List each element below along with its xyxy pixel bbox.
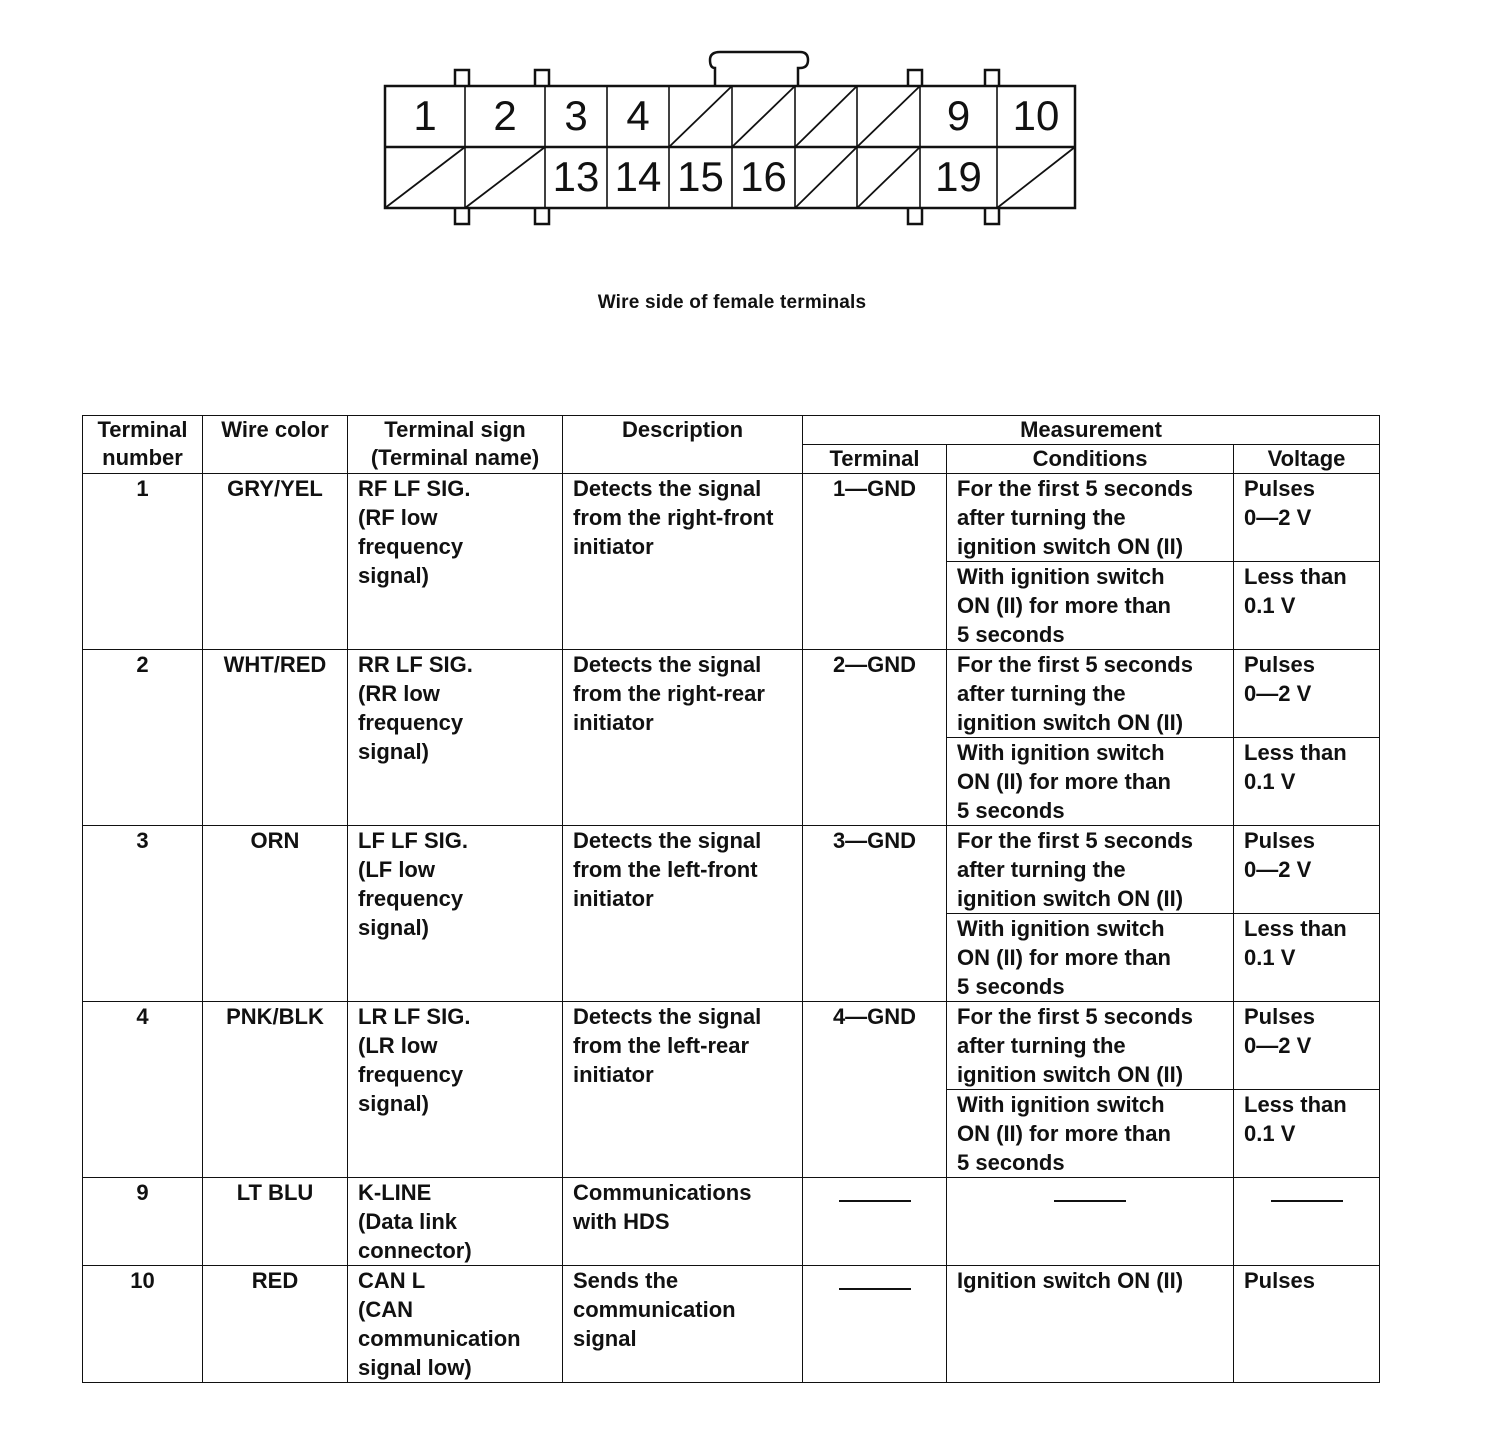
wire-color: RED	[203, 1266, 348, 1383]
connector-diagram: 12349101314151619	[380, 48, 1090, 233]
measurement-terminal: 3—GND	[803, 826, 947, 1002]
dash-mark	[839, 1200, 911, 1202]
terminal-sign: K-LINE (Data link connector)	[348, 1178, 563, 1266]
table-row: 2WHT/REDRR LF SIG. (RR low frequency sig…	[83, 650, 1380, 738]
measurement-voltage: Pulses 0—2 V	[1234, 826, 1380, 914]
terminal-label-15: 15	[677, 153, 724, 200]
header-description: Description	[563, 416, 803, 474]
wire-color: LT BLU	[203, 1178, 348, 1266]
terminal-sign: RF LF SIG. (RF low frequency signal)	[348, 474, 563, 650]
description: Detects the signal from the right-rear i…	[563, 650, 803, 826]
dash-mark	[839, 1288, 911, 1290]
measurement-voltage: Less than 0.1 V	[1234, 738, 1380, 826]
header-voltage: Voltage	[1234, 445, 1380, 474]
measurement-conditions: With ignition switch ON (II) for more th…	[947, 914, 1234, 1002]
table-row: 10REDCAN L (CAN communication signal low…	[83, 1266, 1380, 1383]
terminal-label-3: 3	[564, 92, 587, 139]
header-conditions: Conditions	[947, 445, 1234, 474]
terminal-label-19: 19	[935, 153, 982, 200]
terminal-sign: CAN L (CAN communication signal low)	[348, 1266, 563, 1383]
description: Detects the signal from the left-rear in…	[563, 1002, 803, 1178]
description: Detects the signal from the right-front …	[563, 474, 803, 650]
terminal-number: 2	[83, 650, 203, 826]
table-row: 9LT BLUK-LINE (Data link connector)Commu…	[83, 1178, 1380, 1266]
measurement-voltage	[1234, 1178, 1380, 1266]
header-measurement: Measurement	[803, 416, 1380, 445]
header-meas-terminal: Terminal	[803, 445, 947, 474]
measurement-terminal	[803, 1178, 947, 1266]
measurement-voltage: Less than 0.1 V	[1234, 1090, 1380, 1178]
measurement-voltage: Pulses 0—2 V	[1234, 1002, 1380, 1090]
measurement-conditions: With ignition switch ON (II) for more th…	[947, 1090, 1234, 1178]
table-row: 3ORNLF LF SIG. (LF low frequency signal)…	[83, 826, 1380, 914]
terminal-number: 1	[83, 474, 203, 650]
measurement-conditions: For the first 5 seconds after turning th…	[947, 650, 1234, 738]
measurement-conditions: With ignition switch ON (II) for more th…	[947, 562, 1234, 650]
wire-color: ORN	[203, 826, 348, 1002]
terminal-number: 10	[83, 1266, 203, 1383]
measurement-voltage: Less than 0.1 V	[1234, 562, 1380, 650]
measurement-conditions: For the first 5 seconds after turning th…	[947, 474, 1234, 562]
terminal-number: 4	[83, 1002, 203, 1178]
measurement-terminal	[803, 1266, 947, 1383]
measurement-conditions	[947, 1178, 1234, 1266]
measurement-terminal: 2—GND	[803, 650, 947, 826]
terminal-label-14: 14	[615, 153, 662, 200]
terminal-label-1: 1	[413, 92, 436, 139]
wire-color: GRY/YEL	[203, 474, 348, 650]
wire-color: WHT/RED	[203, 650, 348, 826]
terminal-label-10: 10	[1013, 92, 1060, 139]
dash-mark	[1054, 1200, 1126, 1202]
description: Communications with HDS	[563, 1178, 803, 1266]
terminal-label-9: 9	[947, 92, 970, 139]
terminal-label-2: 2	[493, 92, 516, 139]
terminal-label-13: 13	[553, 153, 600, 200]
terminal-number: 3	[83, 826, 203, 1002]
description: Detects the signal from the left-front i…	[563, 826, 803, 1002]
wire-color: PNK/BLK	[203, 1002, 348, 1178]
terminal-table: Terminal number Wire color Terminal sign…	[82, 415, 1380, 1383]
measurement-conditions: Ignition switch ON (II)	[947, 1266, 1234, 1383]
measurement-terminal: 4—GND	[803, 1002, 947, 1178]
header-wire-color: Wire color	[203, 416, 348, 474]
connector-caption: Wire side of female terminals	[0, 292, 1464, 314]
terminal-label-16: 16	[740, 153, 787, 200]
dash-mark	[1271, 1200, 1343, 1202]
description: Sends the communication signal	[563, 1266, 803, 1383]
measurement-conditions: With ignition switch ON (II) for more th…	[947, 738, 1234, 826]
terminal-sign: RR LF SIG. (RR low frequency signal)	[348, 650, 563, 826]
terminal-sign: LR LF SIG. (LR low frequency signal)	[348, 1002, 563, 1178]
table-row: 1GRY/YELRF LF SIG. (RF low frequency sig…	[83, 474, 1380, 562]
header-terminal-sign: Terminal sign (Terminal name)	[348, 416, 563, 474]
measurement-conditions: For the first 5 seconds after turning th…	[947, 1002, 1234, 1090]
measurement-conditions: For the first 5 seconds after turning th…	[947, 826, 1234, 914]
measurement-terminal: 1—GND	[803, 474, 947, 650]
measurement-voltage: Pulses 0—2 V	[1234, 650, 1380, 738]
terminal-sign: LF LF SIG. (LF low frequency signal)	[348, 826, 563, 1002]
measurement-voltage: Less than 0.1 V	[1234, 914, 1380, 1002]
terminal-number: 9	[83, 1178, 203, 1266]
terminal-label-4: 4	[626, 92, 649, 139]
header-terminal-number: Terminal number	[83, 416, 203, 474]
table-row: 4PNK/BLKLR LF SIG. (LR low frequency sig…	[83, 1002, 1380, 1090]
measurement-voltage: Pulses 0—2 V	[1234, 474, 1380, 562]
measurement-voltage: Pulses	[1234, 1266, 1380, 1383]
